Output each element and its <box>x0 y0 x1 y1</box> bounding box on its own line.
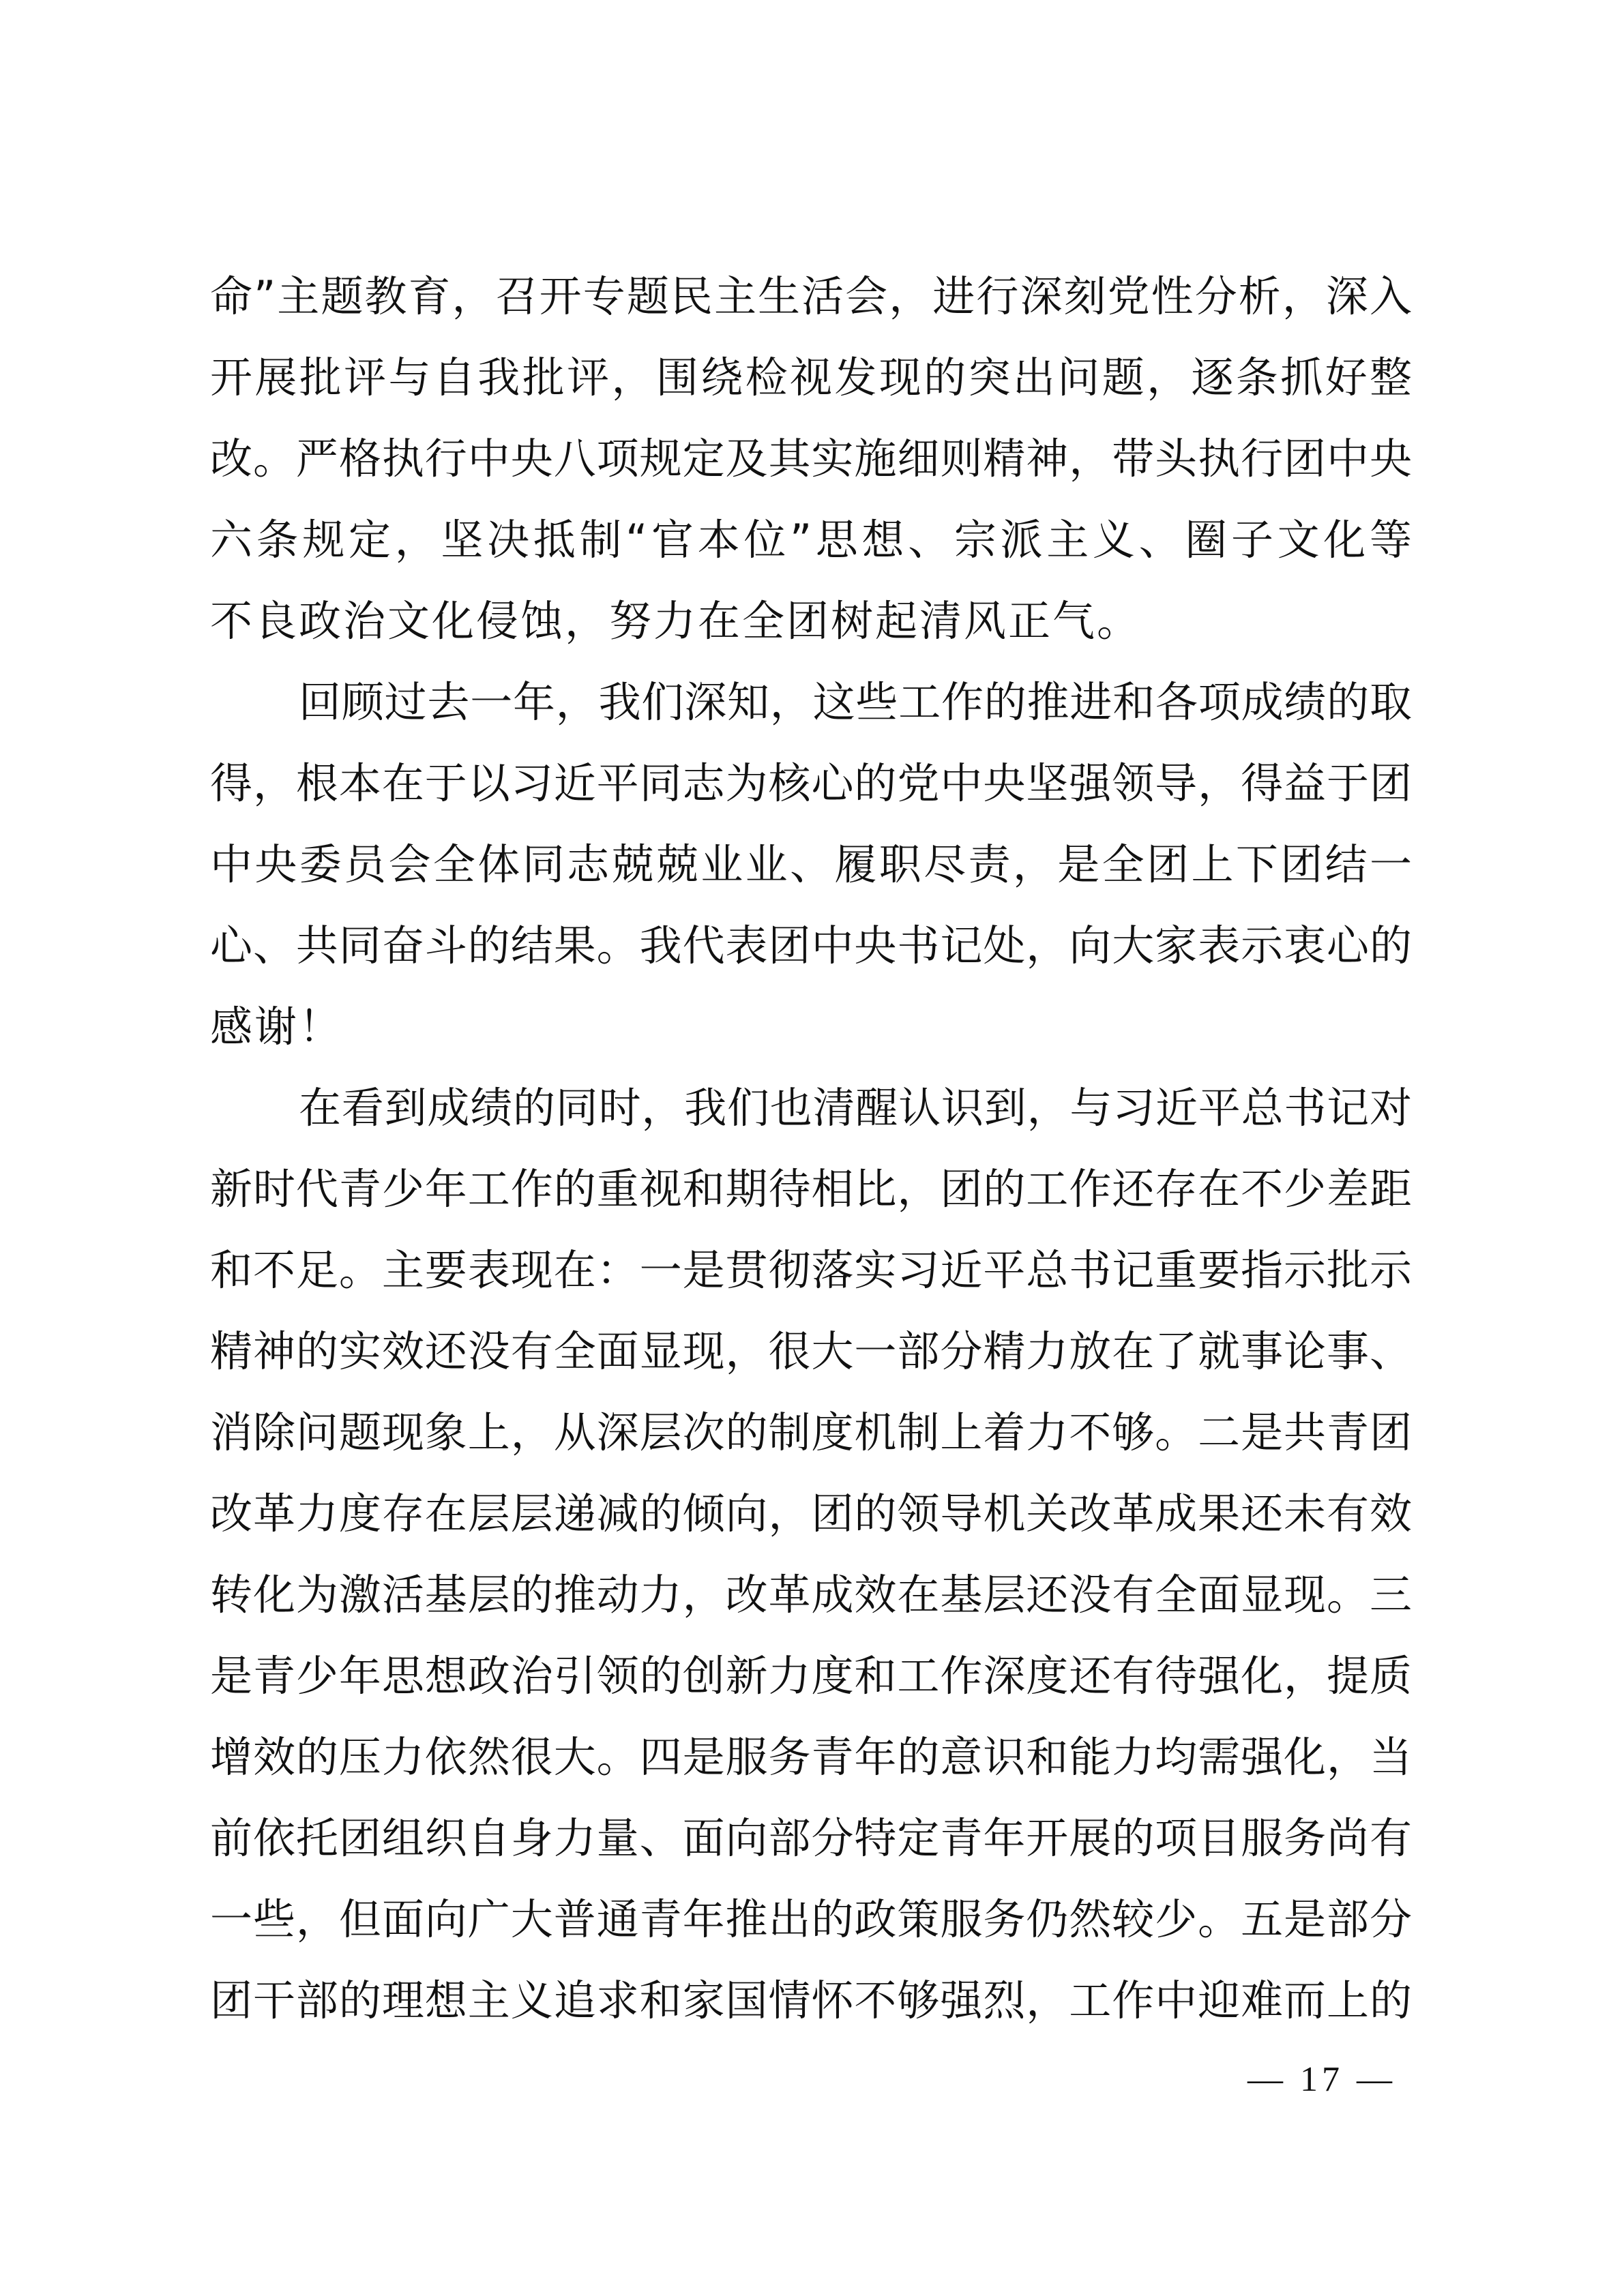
document-body: 命”主题教育，召开专题民主生活会，进行深刻党性分析，深入开展批评与自我批评，围绕… <box>210 256 1412 2041</box>
text-line: 改革力度存在层层递减的倾向，团的领导机关改革成果还未有效 <box>210 1473 1412 1554</box>
text-line: 是青少年思想政治引领的创新力度和工作深度还有待强化，提质 <box>210 1635 1412 1716</box>
text-line: 不良政治文化侵蚀，努力在全团树起清风正气。 <box>210 580 1412 661</box>
text-line: 新时代青少年工作的重视和期待相比，团的工作还存在不少差距 <box>210 1148 1412 1229</box>
text-line: 开展批评与自我批评，围绕检视发现的突出问题，逐条抓好整 <box>210 337 1412 418</box>
text-line: 和不足。主要表现在：一是贯彻落实习近平总书记重要指示批示 <box>210 1229 1412 1311</box>
text-line: 消除问题现象上，从深层次的制度机制上着力不够。二是共青团 <box>210 1392 1412 1473</box>
text-line: 感谢！ <box>210 986 1412 1067</box>
text-line: 精神的实效还没有全面显现，很大一部分精力放在了就事论事、 <box>210 1311 1412 1392</box>
text-line: 增效的压力依然很大。四是服务青年的意识和能力均需强化，当 <box>210 1716 1412 1798</box>
text-line: 前依托团组织自身力量、面向部分特定青年开展的项目服务尚有 <box>210 1798 1412 1879</box>
text-line: 一些，但面向广大普通青年推出的政策服务仍然较少。五是部分 <box>210 1879 1412 1960</box>
text-line: 得，根本在于以习近平同志为核心的党中央坚强领导，得益于团 <box>210 743 1412 824</box>
text-line: 命”主题教育，召开专题民主生活会，进行深刻党性分析，深入 <box>210 256 1412 337</box>
text-line: 改。严格执行中央八项规定及其实施细则精神，带头执行团中央 <box>210 418 1412 499</box>
text-line: 转化为激活基层的推动力，改革成效在基层还没有全面显现。三 <box>210 1554 1412 1635</box>
page-number: — 17 — <box>1247 2053 1396 2107</box>
document-page: 命”主题教育，召开专题民主生活会，进行深刻党性分析，深入开展批评与自我批评，围绕… <box>0 0 1624 2296</box>
text-line: 团干部的理想主义追求和家国情怀不够强烈，工作中迎难而上的 <box>210 1960 1412 2041</box>
text-line: 在看到成绩的同时，我们也清醒认识到，与习近平总书记对 <box>210 1067 1412 1148</box>
text-line: 六条规定，坚决抵制“官本位”思想、宗派主义、圈子文化等 <box>210 499 1412 580</box>
text-line: 回顾过去一年，我们深知，这些工作的推进和各项成绩的取 <box>210 661 1412 743</box>
text-line: 中央委员会全体同志兢兢业业、履职尽责，是全团上下团结一 <box>210 824 1412 905</box>
text-line: 心、共同奋斗的结果。我代表团中央书记处，向大家表示衷心的 <box>210 905 1412 986</box>
